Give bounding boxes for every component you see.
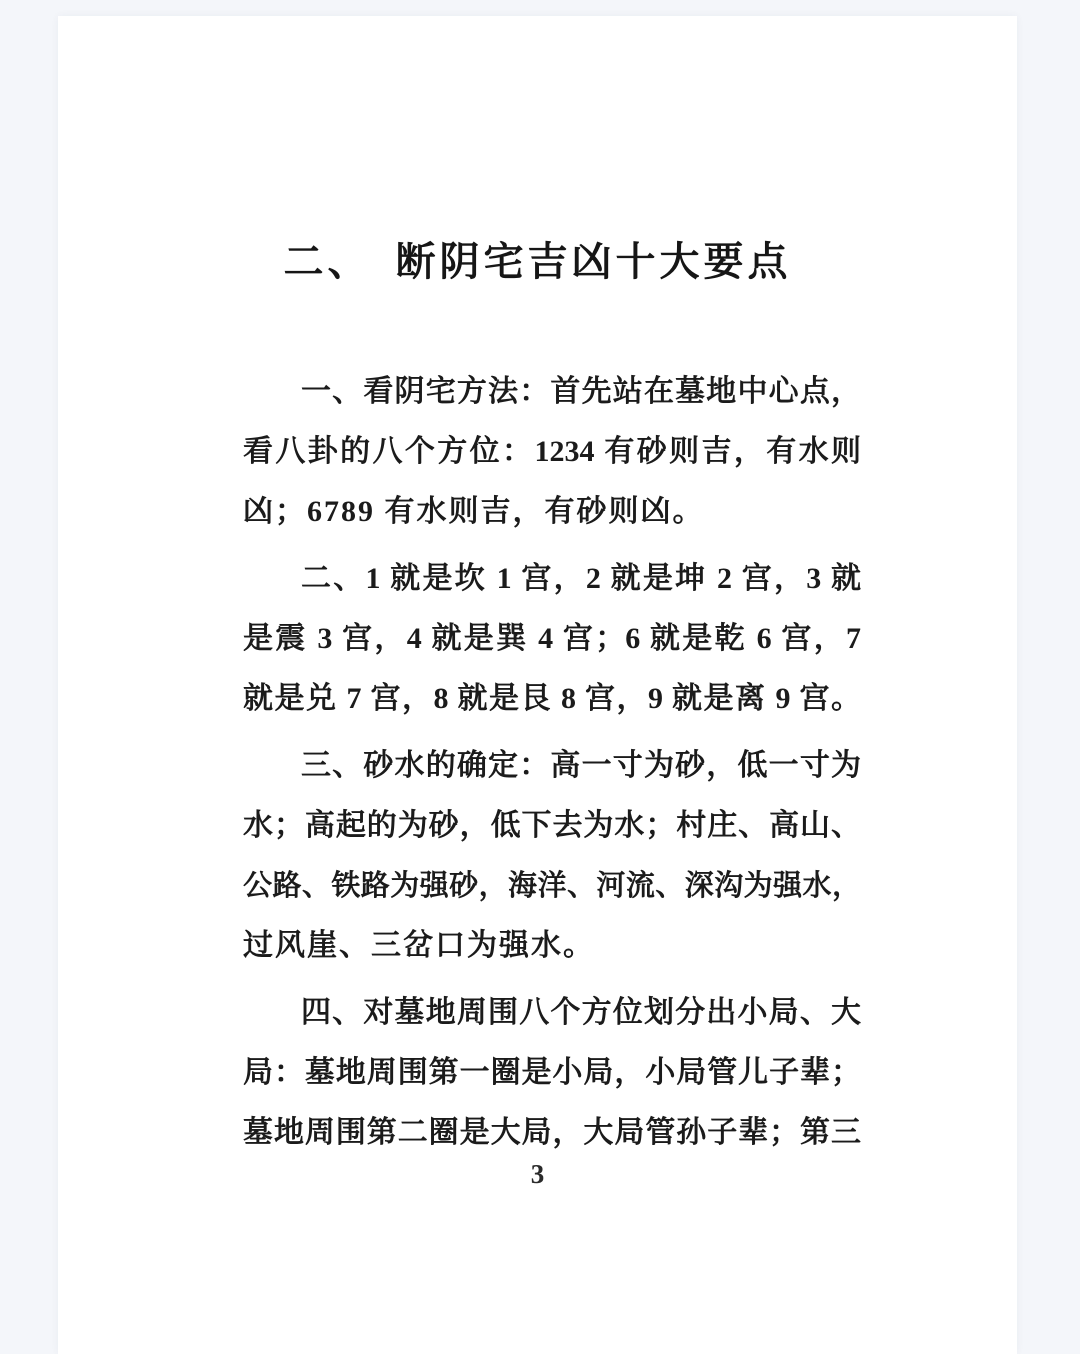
- text-line: 墓地周围第二圈是大局，大局管孙子辈；第三: [243, 1103, 861, 1163]
- text-line: 局：墓地周围第一圈是小局，小局管儿子辈；: [243, 1043, 861, 1103]
- text-line: 是震 3 宫，4 就是巽 4 宫；6 就是乾 6 宫，7: [243, 609, 861, 669]
- text-line: 公路、铁路为强砂，海洋、河流、深沟为强水，: [243, 856, 861, 916]
- page-number: 3: [58, 1156, 1017, 1192]
- book-page: 二、 断阴宅吉凶十大要点 一、看阴宅方法：首先站在墓地中心点， 看八卦的八个方位…: [58, 16, 1017, 1354]
- paragraph-2: 二、1 就是坎 1 宫，2 就是坤 2 宫，3 就 是震 3 宫，4 就是巽 4…: [243, 549, 861, 729]
- text-line: 过风崖、三岔口为强水。: [243, 916, 861, 976]
- text-line: 水；高起的为砂，低下去为水；村庄、高山、: [243, 796, 861, 856]
- scanned-page-background: 二、 断阴宅吉凶十大要点 一、看阴宅方法：首先站在墓地中心点， 看八卦的八个方位…: [0, 0, 1080, 1354]
- paragraph-1: 一、看阴宅方法：首先站在墓地中心点， 看八卦的八个方位：1234 有砂则吉，有水…: [243, 362, 861, 542]
- paragraph-3: 三、砂水的确定：高一寸为砂，低一寸为 水；高起的为砂，低下去为水；村庄、高山、 …: [243, 736, 861, 976]
- text-line: 就是兑 7 宫，8 就是艮 8 宫，9 就是离 9 宫。: [243, 669, 861, 729]
- text-line: 二、1 就是坎 1 宫，2 就是坤 2 宫，3 就: [243, 549, 861, 609]
- text-line: 凶；6789 有水则吉，有砂则凶。: [243, 482, 861, 542]
- body-text: 一、看阴宅方法：首先站在墓地中心点， 看八卦的八个方位：1234 有砂则吉，有水…: [243, 362, 861, 1163]
- text-line: 看八卦的八个方位：1234 有砂则吉，有水则: [243, 422, 861, 482]
- text-line: 三、砂水的确定：高一寸为砂，低一寸为: [243, 736, 861, 796]
- section-heading: 二、 断阴宅吉凶十大要点: [58, 238, 1017, 286]
- text-line: 四、对墓地周围八个方位划分出小局、大: [243, 983, 861, 1043]
- paragraph-4: 四、对墓地周围八个方位划分出小局、大 局：墓地周围第一圈是小局，小局管儿子辈； …: [243, 983, 861, 1163]
- text-line: 一、看阴宅方法：首先站在墓地中心点，: [243, 362, 861, 422]
